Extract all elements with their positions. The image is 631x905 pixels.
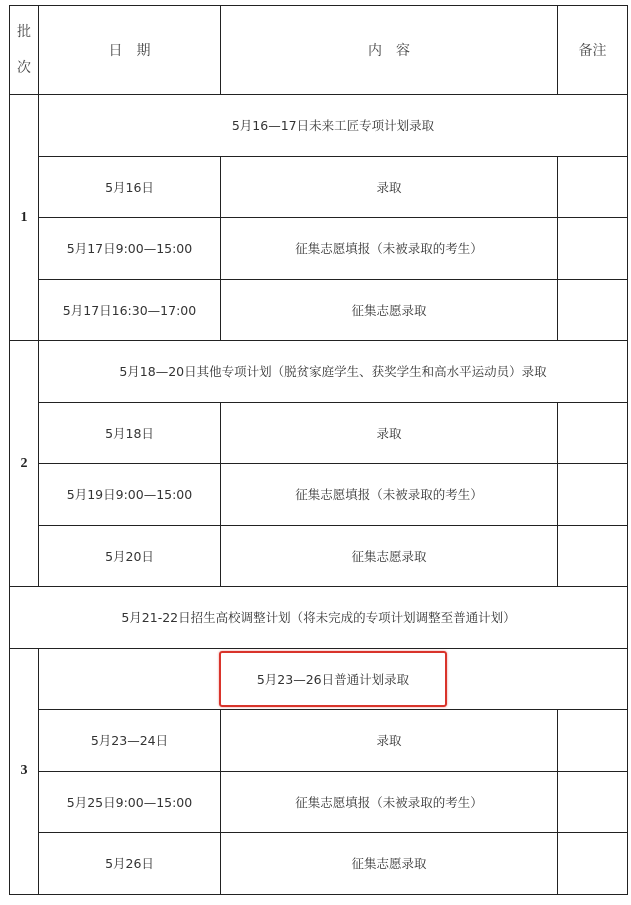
date-cell: 5月17日9:00—15:00 xyxy=(39,218,221,280)
date-cell: 5月18日 xyxy=(39,402,221,464)
remark-cell xyxy=(558,771,628,833)
table-row: 5月23—24日 录取 xyxy=(10,710,628,772)
header-batch-char-1: 批 xyxy=(17,24,31,40)
date-cell: 5月16日 xyxy=(39,156,221,218)
batch-title: 5月16—17日未来工匠专项计划录取 xyxy=(39,95,628,157)
header-content: 内 容 xyxy=(221,6,558,95)
interlude-text: 5月21-22日招生高校调整计划（将未完成的专项计划调整至普通计划） xyxy=(10,587,628,649)
content-cell: 征集志愿填报（未被录取的考生） xyxy=(221,464,558,526)
table-row: 5月16日 录取 xyxy=(10,156,628,218)
highlighted-batch-title: 5月23—26日普通计划录取 xyxy=(219,651,447,707)
header-date: 日 期 xyxy=(39,6,221,95)
batch-number: 3 xyxy=(10,648,39,894)
table-row: 5月20日 征集志愿录取 xyxy=(10,525,628,587)
table-row: 5月17日16:30—17:00 征集志愿录取 xyxy=(10,279,628,341)
header-batch: 批次 xyxy=(10,6,39,95)
remark-cell xyxy=(558,402,628,464)
interlude-row: 5月21-22日招生高校调整计划（将未完成的专项计划调整至普通计划） xyxy=(10,587,628,649)
batch-title: 5月18—20日其他专项计划（脱贫家庭学生、获奖学生和高水平运动员）录取 xyxy=(39,341,628,403)
remark-cell xyxy=(558,710,628,772)
batch-number: 1 xyxy=(10,95,39,341)
table-row: 5月19日9:00—15:00 征集志愿填报（未被录取的考生） xyxy=(10,464,628,526)
remark-cell xyxy=(558,464,628,526)
content-cell: 征集志愿填报（未被录取的考生） xyxy=(221,771,558,833)
table-row: 5月18日 录取 xyxy=(10,402,628,464)
remark-cell xyxy=(558,156,628,218)
batch-title-row: 3 5月23—26日普通计划录取 xyxy=(10,648,628,710)
content-cell: 录取 xyxy=(221,402,558,464)
date-cell: 5月19日9:00—15:00 xyxy=(39,464,221,526)
table-header-row: 批次 日 期 内 容 备注 xyxy=(10,6,628,95)
batch-number: 2 xyxy=(10,341,39,587)
date-cell: 5月23—24日 xyxy=(39,710,221,772)
content-cell: 录取 xyxy=(221,710,558,772)
content-cell: 录取 xyxy=(221,156,558,218)
batch-title-cell: 5月23—26日普通计划录取 xyxy=(39,648,628,710)
table-row: 5月17日9:00—15:00 征集志愿填报（未被录取的考生） xyxy=(10,218,628,280)
table-row: 5月26日 征集志愿录取 xyxy=(10,833,628,895)
date-cell: 5月26日 xyxy=(39,833,221,895)
date-cell: 5月17日16:30—17:00 xyxy=(39,279,221,341)
content-cell: 征集志愿填报（未被录取的考生） xyxy=(221,218,558,280)
header-batch-char-2: 次 xyxy=(17,60,31,76)
remark-cell xyxy=(558,279,628,341)
table-row: 5月25日9:00—15:00 征集志愿填报（未被录取的考生） xyxy=(10,771,628,833)
date-cell: 5月20日 xyxy=(39,525,221,587)
header-remark: 备注 xyxy=(558,6,628,95)
content-cell: 征集志愿录取 xyxy=(221,833,558,895)
batch-title-row: 2 5月18—20日其他专项计划（脱贫家庭学生、获奖学生和高水平运动员）录取 xyxy=(10,341,628,403)
remark-cell xyxy=(558,833,628,895)
content-cell: 征集志愿录取 xyxy=(221,525,558,587)
date-cell: 5月25日9:00—15:00 xyxy=(39,771,221,833)
remark-cell xyxy=(558,218,628,280)
content-cell: 征集志愿录取 xyxy=(221,279,558,341)
batch-title-row: 1 5月16—17日未来工匠专项计划录取 xyxy=(10,95,628,157)
admission-schedule-table: 批次 日 期 内 容 备注 1 5月16—17日未来工匠专项计划录取 5月16日… xyxy=(9,5,628,895)
remark-cell xyxy=(558,525,628,587)
